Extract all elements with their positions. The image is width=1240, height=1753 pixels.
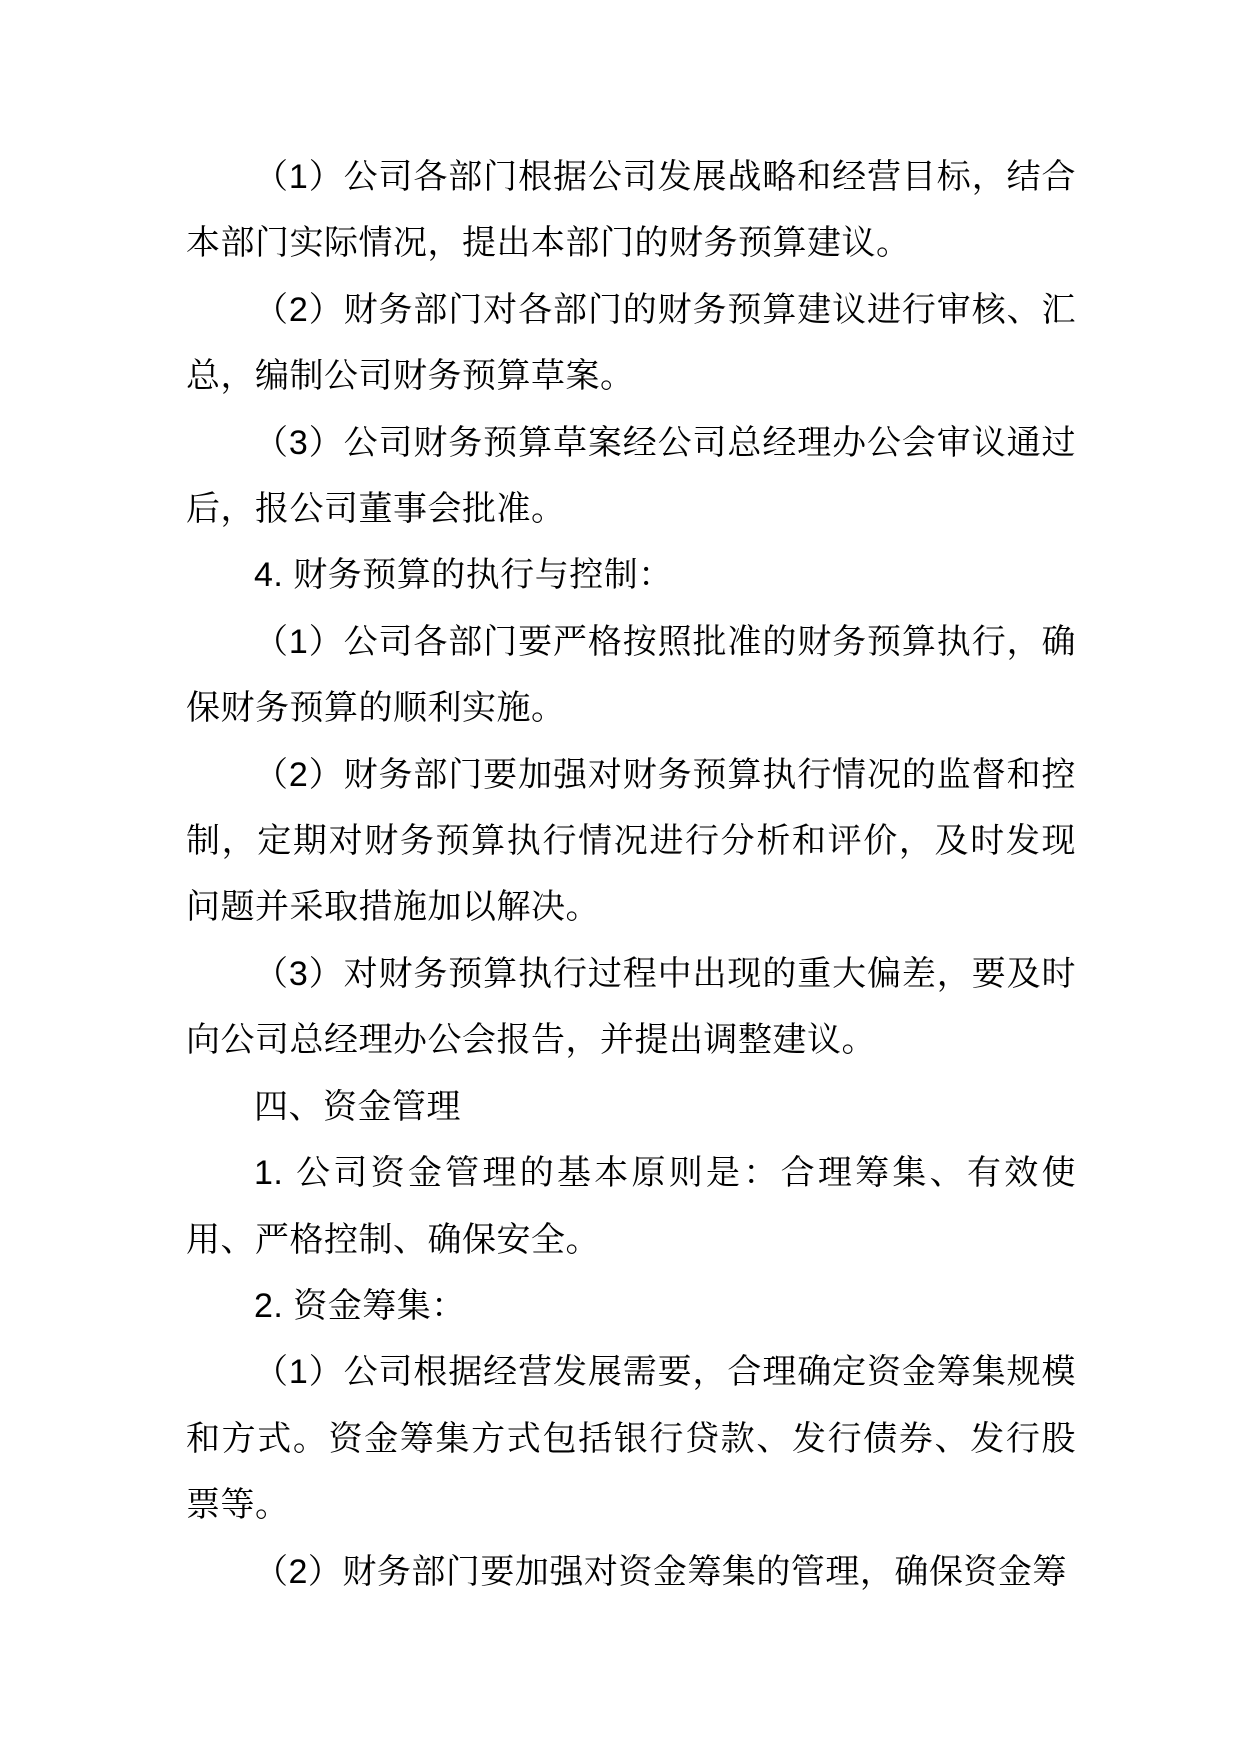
paragraph-sub-item: （3）公司财务预算草案经公司总经理办公会审议通过后，报公司董事会批准。 bbox=[186, 410, 1076, 543]
paragraph-section-heading: 四、资金管理 bbox=[186, 1074, 1076, 1140]
paragraph-numbered-item: 2. 资金筹集： bbox=[186, 1273, 1076, 1339]
paragraph-sub-item: （1）公司各部门根据公司发展战略和经营目标，结合本部门实际情况，提出本部门的财务… bbox=[186, 144, 1076, 277]
paragraph-sub-item: （2）财务部门要加强对财务预算执行情况的监督和控制，定期对财务预算执行情况进行分… bbox=[186, 742, 1076, 941]
paragraph-numbered-item: 4. 财务预算的执行与控制： bbox=[186, 542, 1076, 608]
document-page: （1）公司各部门根据公司发展战略和经营目标，结合本部门实际情况，提出本部门的财务… bbox=[0, 0, 1240, 1753]
paragraph-sub-item: （1）公司根据经营发展需要，合理确定资金筹集规模和方式。资金筹集方式包括银行贷款… bbox=[186, 1339, 1076, 1538]
paragraph-sub-item: （2）财务部门对各部门的财务预算建议进行审核、汇总，编制公司财务预算草案。 bbox=[186, 277, 1076, 410]
document-text-block: （1）公司各部门根据公司发展战略和经营目标，结合本部门实际情况，提出本部门的财务… bbox=[186, 144, 1076, 1605]
paragraph-sub-item: （2）财务部门要加强对资金筹集的管理，确保资金筹 bbox=[186, 1539, 1076, 1605]
paragraph-numbered-item: 1. 公司资金管理的基本原则是：合理筹集、有效使用、严格控制、确保安全。 bbox=[186, 1140, 1076, 1273]
paragraph-sub-item: （1）公司各部门要严格按照批准的财务预算执行，确保财务预算的顺利实施。 bbox=[186, 609, 1076, 742]
paragraph-sub-item: （3）对财务预算执行过程中出现的重大偏差，要及时向公司总经理办公会报告，并提出调… bbox=[186, 941, 1076, 1074]
